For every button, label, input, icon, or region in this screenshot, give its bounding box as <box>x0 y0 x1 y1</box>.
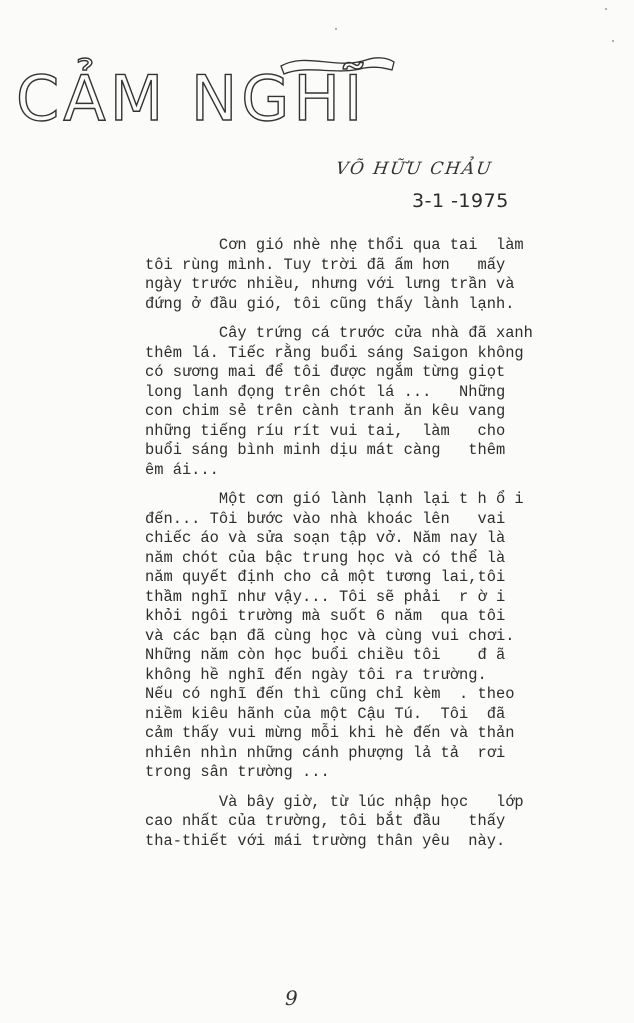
body-text: Cơn gió nhè nhẹ thổi qua tai làm tôi rùn… <box>145 236 623 861</box>
text-line: long lanh đọng trên chót lá ... Những <box>145 383 623 403</box>
document-title: CẢM NGHĨ <box>16 62 366 135</box>
text-line: Nếu có nghĩ đến thì cũng chỉ kèm . theo <box>145 685 623 705</box>
text-line: khỏi ngôi trường mà suốt 6 năm qua tôi <box>145 607 623 627</box>
text-line: cao nhất của trường, tôi bắt đầu thấy <box>145 812 623 832</box>
text-line: có sương mai để tôi được ngắm từng giọt <box>145 363 623 383</box>
paragraph-3: Một cơn gió lành lạnh lại t h ổ i đến...… <box>145 490 623 783</box>
document-date: 3-1 -1975 <box>412 190 509 212</box>
text-line: Và bây giờ, từ lúc nhập học lớp <box>145 793 623 813</box>
text-line: cảm thấy vui mừng mỗi khi hè đến và thản <box>145 724 623 744</box>
text-line: niềm kiêu hãnh của một Cậu Tú. Tôi đã <box>145 705 623 725</box>
text-line: buổi sáng bình minh dịu mát càng thêm <box>145 441 623 461</box>
text-line: Những năm còn học buổi chiều tôi đ ã <box>145 646 623 666</box>
text-line: ngày trước nhiều, nhưng với lưng trần và <box>145 275 623 295</box>
text-line: Cây trứng cá trước cửa nhà đã xanh <box>145 324 623 344</box>
text-line: không hề nghĩ đến ngày tôi ra trường. <box>145 666 623 686</box>
paragraph-4: Và bây giờ, từ lúc nhập học lớp cao nhất… <box>145 793 623 852</box>
title-block: CẢM NGHĨ <box>16 48 436 138</box>
text-line: tha-thiết với mái trường thân yêu này. <box>145 832 623 852</box>
text-line: đến... Tôi bước vào nhà khoác lên vai <box>145 510 623 530</box>
paper-speck <box>335 28 337 30</box>
text-line: năm quyết định cho cả một tương lai,tôi <box>145 568 623 588</box>
text-line: Một cơn gió lành lạnh lại t h ổ i <box>145 490 623 510</box>
text-line: và các bạn đã cùng học và cùng vui chơi. <box>145 627 623 647</box>
author-signature: VÕ HỮU CHẢU <box>335 159 494 179</box>
paragraph-2: Cây trứng cá trước cửa nhà đã xanh thêm … <box>145 324 623 480</box>
text-line: thầm nghĩ như vậy... Tôi sẽ phải r ờ i <box>145 588 623 608</box>
page-number: 9 <box>285 986 298 1010</box>
text-line: trong sân trường ... <box>145 763 623 783</box>
text-line: chiếc áo và sửa soạn tập vở. Năm nay là <box>145 529 623 549</box>
text-line: thêm lá. Tiếc rằng buổi sáng Saigon khôn… <box>145 344 623 364</box>
paper-speck <box>605 8 607 10</box>
text-line: Cơn gió nhè nhẹ thổi qua tai làm <box>145 236 623 256</box>
text-line: năm chót của bậc trung học và có thể là <box>145 549 623 569</box>
text-line: đứng ở đầu gió, tôi cũng thấy lành lạnh. <box>145 295 623 315</box>
text-line: con chim sẻ trên cành tranh ăn kêu vang <box>145 402 623 422</box>
paper-speck <box>612 40 614 42</box>
text-line: tôi rùng mình. Tuy trời đã ấm hơn mấy <box>145 256 623 276</box>
paragraph-1: Cơn gió nhè nhẹ thổi qua tai làm tôi rùn… <box>145 236 623 314</box>
text-line: êm ái... <box>145 461 623 481</box>
text-line: những tiếng ríu rít vui tai, làm cho <box>145 422 623 442</box>
text-line: nhiên nhìn những cánh phượng lả tả rơi <box>145 744 623 764</box>
